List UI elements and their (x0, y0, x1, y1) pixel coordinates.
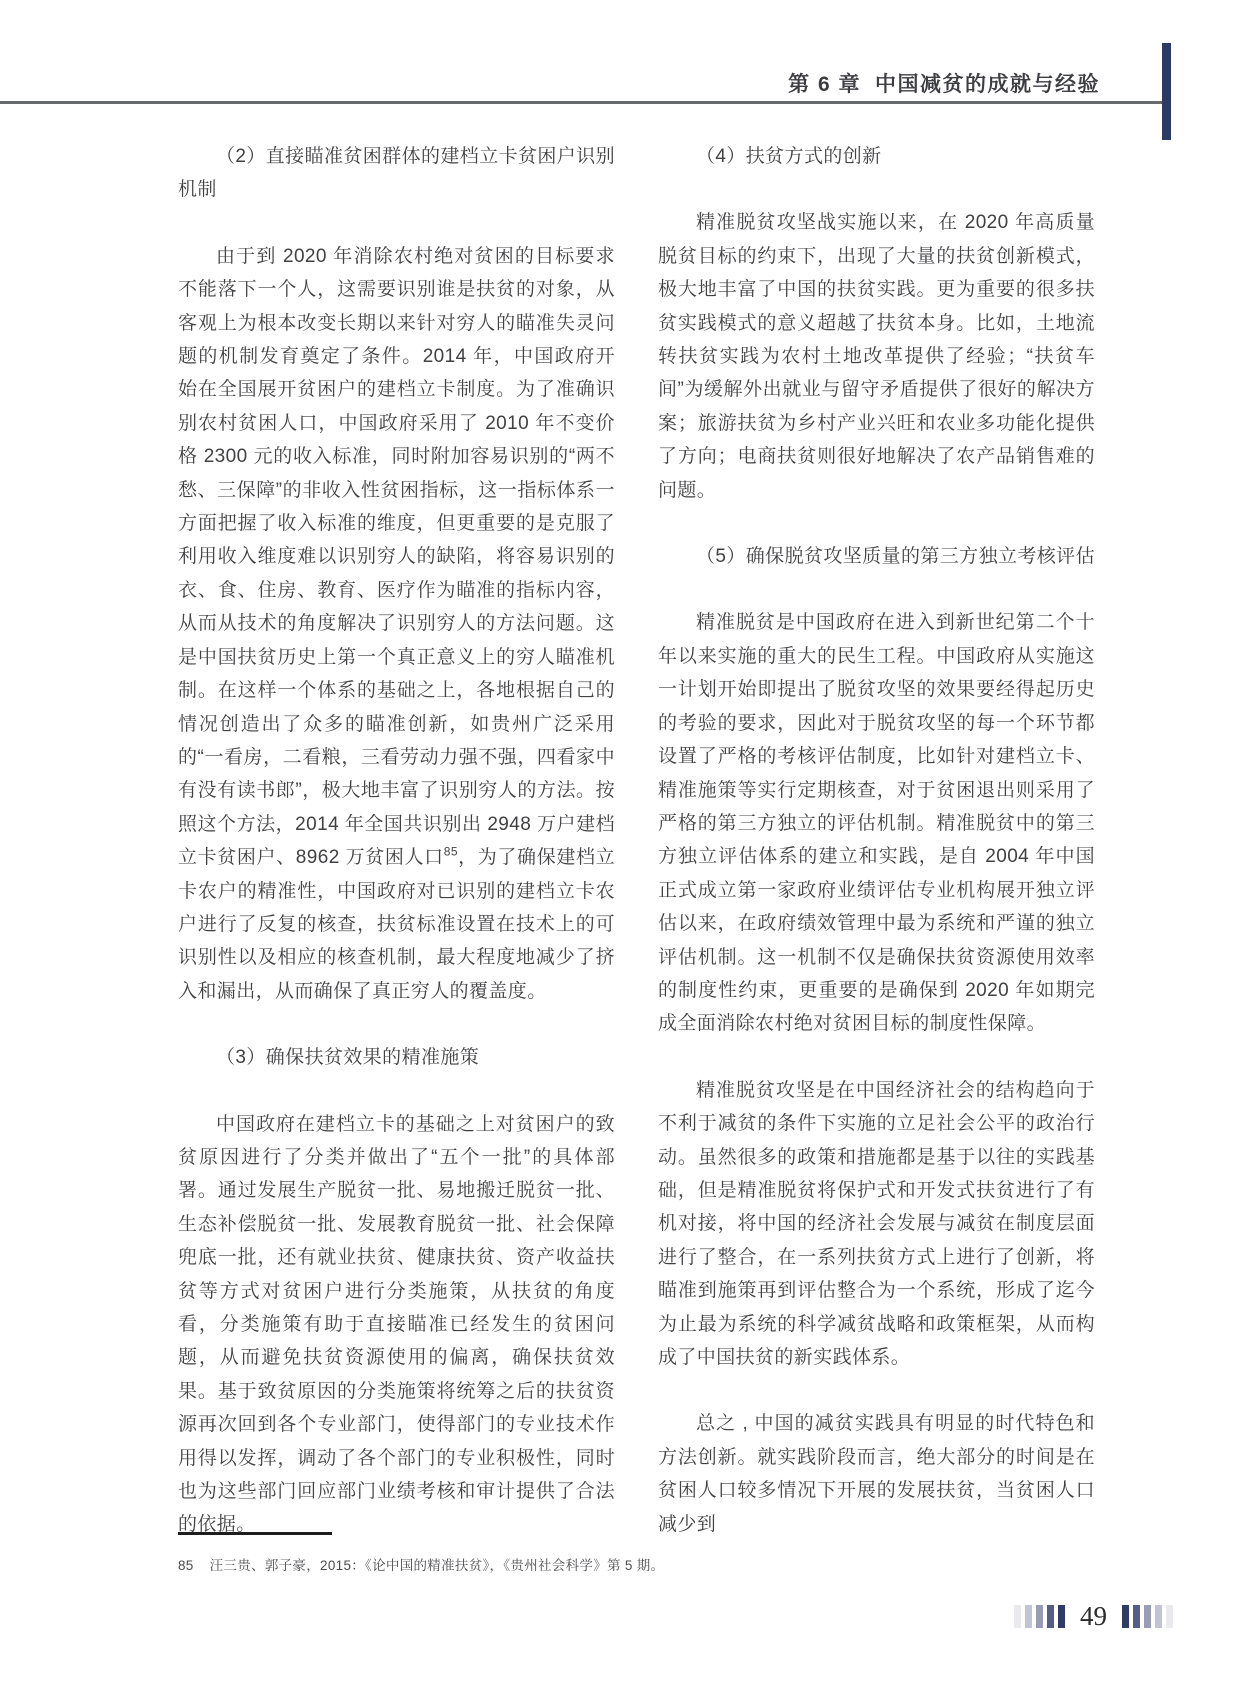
left-paragraph-1: 由于到 2020 年消除农村绝对贫困的目标要求不能落下一个人，这需要识别谁是扶贫… (178, 240, 615, 1008)
left-column: （2）直接瞄准贫困群体的建档立卡贫困户识别机制 由于到 2020 年消除农村绝对… (178, 140, 615, 1575)
section-heading-4: （4）扶贫方式的创新 (658, 140, 1095, 173)
left-paragraph-1-text: 由于到 2020 年消除农村绝对贫困的目标要求不能落下一个人，这需要识别谁是扶贫… (178, 246, 615, 868)
decoration-bar (1058, 1605, 1065, 1628)
page-bars-left-decoration (1014, 1605, 1065, 1628)
right-paragraph-3: 精准脱贫攻坚是在中国经济社会的结构趋向于不利于减贫的条件下实施的立足社会公平的政… (658, 1074, 1095, 1375)
footnote-text: 汪三贵、郭子豪，2015：《论中国的精准扶贫》，《贵州社会科学》第 5 期。 (210, 1558, 665, 1573)
decoration-bar (1047, 1605, 1054, 1628)
right-paragraph-2: 精准脱贫是中国政府在进入到新世纪第二个十年以来实施的重大的民生工程。中国政府从实… (658, 606, 1095, 1040)
decoration-bar (1036, 1605, 1043, 1628)
decoration-bar (1166, 1605, 1173, 1628)
decoration-bar (1025, 1605, 1032, 1628)
chapter-title: 中国减贫的成就与经验 (875, 68, 1100, 98)
section-heading-2: （2）直接瞄准贫困群体的建档立卡贫困户识别机制 (178, 140, 615, 207)
footnote-reference-85: 85 (444, 845, 458, 859)
page-bars-right-decoration (1122, 1605, 1173, 1628)
decoration-bar (1155, 1605, 1162, 1628)
left-paragraph-2: 中国政府在建档立卡的基础之上对贫困户的致贫原因进行了分类并做出了“五个一批”的具… (178, 1108, 615, 1542)
footnote-marker: 85 (178, 1558, 194, 1573)
section-heading-3: （3）确保扶贫效果的精准施策 (178, 1041, 615, 1074)
page-number: 49 (1080, 1601, 1107, 1632)
chapter-label: 第 6 章 (788, 68, 861, 98)
page-footer: 49 (1014, 1601, 1173, 1632)
right-column: （4）扶贫方式的创新 精准脱贫攻坚战实施以来，在 2020 年高质量脱贫目标的约… (658, 140, 1095, 1574)
right-paragraph-1: 精准脱贫攻坚战实施以来，在 2020 年高质量脱贫目标的约束下，出现了大量的扶贫… (658, 206, 1095, 507)
decoration-bar (1014, 1605, 1021, 1628)
left-paragraph-1-continuation: ，为了确保建档立卡农户的精准性，中国政府对已识别的建档立卡农户进行了反复的核查，… (178, 847, 615, 1002)
running-head: 第 6 章 中国减贫的成就与经验 (788, 68, 1100, 98)
footnote: 85汪三贵、郭子豪，2015：《论中国的精准扶贫》，《贵州社会科学》第 5 期。 (178, 1554, 1078, 1574)
decoration-bar (1144, 1605, 1151, 1628)
right-paragraph-4: 总之 , 中国的减贫实践具有明显的时代特色和方法创新。就实践阶段而言，绝大部分的… (658, 1407, 1095, 1541)
document-page: 第 6 章 中国减贫的成就与经验 （2）直接瞄准贫困群体的建档立卡贫困户识别机制… (0, 0, 1240, 1683)
header-accent-bar (1162, 43, 1171, 140)
decoration-bar (1133, 1605, 1140, 1628)
decoration-bar (1122, 1605, 1129, 1628)
header-rule (0, 101, 1164, 104)
footnote-divider (178, 1532, 332, 1535)
section-heading-5: （5）确保脱贫攻坚质量的第三方独立考核评估 (658, 540, 1095, 573)
